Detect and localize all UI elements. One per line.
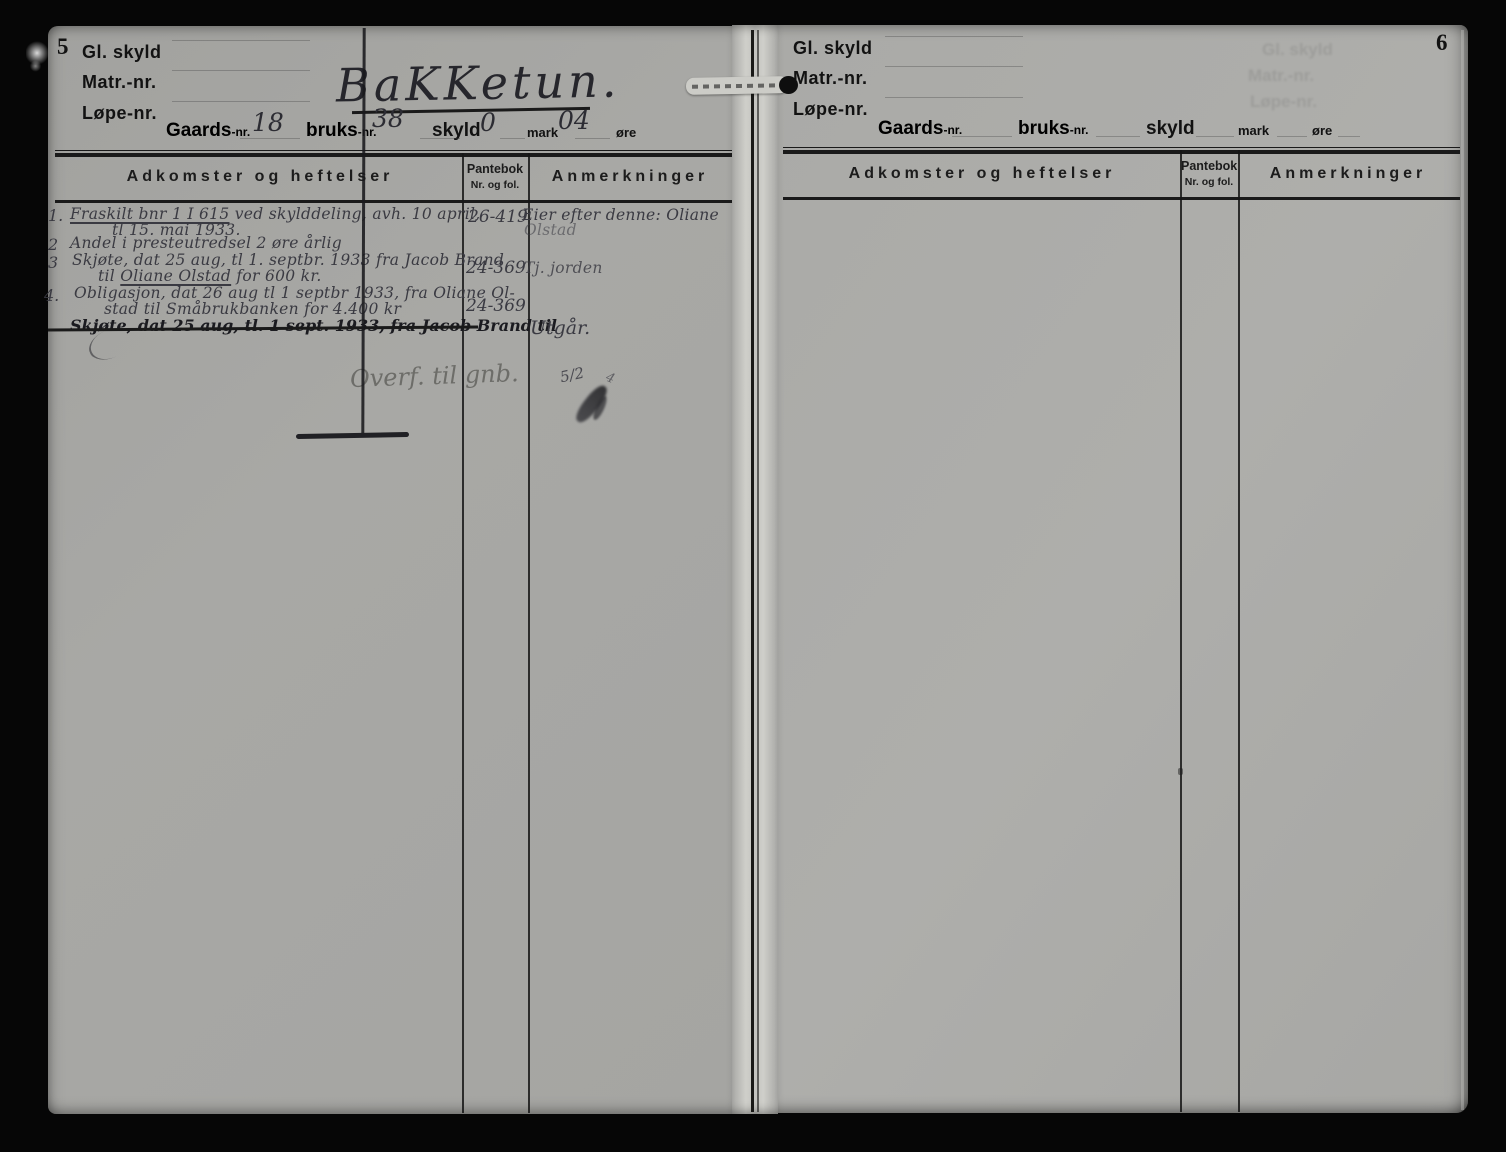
header-bottom-rule	[55, 200, 732, 203]
entry-1-pantebok: 26-419	[468, 207, 528, 227]
column-divider-anmerkninger-left	[528, 153, 530, 1113]
lope-nr-label-right: Løpe-nr.	[793, 99, 868, 120]
bruks-nr-value: 38	[372, 104, 404, 133]
fill-line	[885, 36, 1023, 37]
mark-label: mark	[527, 125, 558, 140]
entry-3-line2: til Oliane Olstad for 600 kr.	[98, 267, 322, 285]
fill-line	[1277, 136, 1307, 137]
lope-nr-label: Løpe-nr.	[82, 103, 157, 124]
col-pantebok-sub-right: Nr. og fol.	[1181, 176, 1237, 188]
skyld-label-right: skyld	[1146, 118, 1195, 140]
gl-skyld-label-right: Gl. skyld	[793, 38, 873, 59]
col-anmerkninger-right: Anmerkninger	[1248, 165, 1448, 183]
entry-3-line2-pre: til	[98, 267, 120, 285]
col-adkomster-left: Adkomster og heftelser	[100, 168, 420, 186]
fill-line	[885, 66, 1023, 67]
entry-3-number: 3	[48, 253, 58, 272]
transfer-note: Overf. til gnb.	[350, 359, 520, 393]
ore-label: øre	[616, 125, 636, 140]
gutter-line	[751, 30, 754, 1112]
right-page	[778, 25, 1468, 1113]
entry-5-anm-utgaar: Utgår.	[530, 317, 590, 339]
fill-line	[172, 70, 310, 71]
entry-1-anm-line2: Olstad	[524, 221, 577, 239]
entry-1-number: 1.	[48, 206, 63, 225]
entry-4-pantebok: 24-369	[466, 296, 526, 316]
gaards-nr-label-right: Gaards-nr.	[878, 118, 962, 140]
col-pantebok-sub-left: Nr. og fol.	[463, 179, 527, 191]
fill-line	[1196, 136, 1234, 137]
bruks-word: bruks	[306, 120, 358, 141]
fill-line	[575, 138, 610, 139]
margin-artifact-2	[30, 60, 41, 72]
entry-3-anm-line1: Tj. jorden	[524, 259, 603, 277]
matr-nr-label-right: Matr.-nr.	[793, 68, 868, 89]
ghost-text-3: Løpe-nr.	[1250, 92, 1317, 112]
ink-speck	[1178, 768, 1183, 775]
gaards-nr-value: 18	[252, 108, 284, 137]
fill-line	[240, 138, 300, 139]
matr-nr-label: Matr.-nr.	[82, 72, 157, 93]
bruks-nr-label-right: bruks-nr.	[1018, 118, 1088, 140]
col-adkomster-right: Adkomster og heftelser	[822, 165, 1142, 183]
gaards-word: Gaards	[166, 120, 231, 141]
fill-line	[952, 136, 1012, 137]
column-divider-pantebok-right	[1180, 150, 1182, 1112]
entry-3-line2-underlined: Oliane Olstad	[120, 267, 231, 285]
gutter-line-2	[757, 30, 759, 1112]
nr-suffix: -nr.	[231, 125, 250, 139]
col-anmerkninger-left: Anmerkninger	[535, 168, 725, 186]
mark-label-right: mark	[1238, 123, 1269, 138]
fill-line	[172, 40, 310, 41]
entry-3-line2-rest: for 600 kr.	[231, 267, 321, 285]
page-number-left: 5	[57, 34, 69, 60]
page-edge-highlight	[1461, 30, 1464, 1110]
gaards-word: Gaards	[878, 118, 943, 139]
entry-2-line1: Andel i presteutredsel 2 øre årlig	[70, 234, 342, 252]
ghost-text-1: Gl. skyld	[1262, 40, 1333, 60]
fill-line	[172, 101, 310, 102]
nr-suffix: -nr.	[943, 123, 962, 137]
page-number-right: 6	[1436, 30, 1448, 56]
table-top-rule-thick-right	[783, 150, 1460, 154]
col-pantebok-right: Pantebok	[1181, 159, 1237, 173]
fill-line	[500, 138, 525, 139]
mark-value: 04	[558, 106, 590, 135]
entry-5-line1-struck: Skjøte, dat 25 aug, tl. 1 sept. 1933, fr…	[70, 316, 557, 335]
ore-label-right: øre	[1312, 123, 1332, 138]
book-fold	[732, 25, 778, 1114]
bruks-nr-label: bruks-nr.	[306, 120, 376, 142]
scanned-register-spread: 5 Gl. skyld Matr.-nr. Løpe-nr. BaKKetun.…	[0, 0, 1506, 1152]
entry-2-number: 2	[48, 235, 58, 254]
left-page	[48, 26, 732, 1114]
column-divider-anmerkninger-right	[1238, 150, 1240, 1112]
entry-4-number: 4.	[44, 286, 59, 305]
skyld-value: 0	[480, 108, 496, 137]
fill-line	[420, 138, 460, 139]
gaards-nr-label: Gaards-nr.	[166, 120, 250, 142]
header-bottom-rule-right	[783, 197, 1460, 200]
fill-line	[1338, 136, 1360, 137]
table-top-rule-thin-right	[783, 147, 1460, 148]
ghost-text-2: Matr.-nr.	[1248, 66, 1314, 86]
col-pantebok-left: Pantebok	[463, 162, 527, 176]
bruks-word: bruks	[1018, 118, 1070, 139]
table-top-rule-thin	[55, 150, 732, 151]
entry-3-pantebok: 24-369	[466, 258, 526, 278]
nr-suffix: -nr.	[1070, 123, 1089, 137]
fill-line	[1096, 136, 1140, 137]
gl-skyld-label: Gl. skyld	[82, 42, 162, 63]
fill-line	[885, 97, 1023, 98]
binding-hole	[779, 76, 798, 94]
entry-1-line1-rest: ved skylddeling, avh. 10 april,	[230, 205, 481, 223]
table-top-rule-thick	[55, 153, 732, 157]
